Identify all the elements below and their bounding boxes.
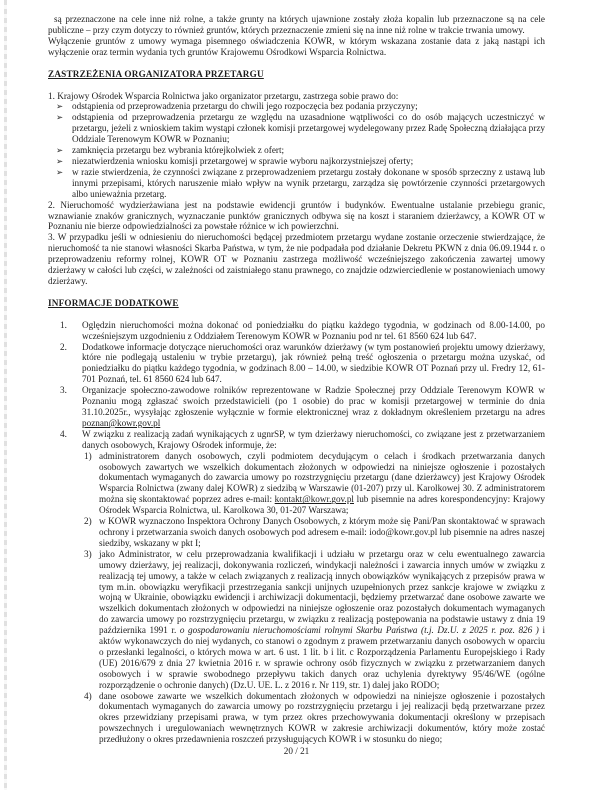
arrow-bullet-icon: ➢ (56, 167, 72, 178)
arrow-bullet-icon: ➢ (56, 101, 72, 112)
list-item: 3. Organizacje społeczno-zawodowe rolnik… (60, 385, 545, 429)
zastrzezenia-intro: 1. Krajowy Ośrodek Wsparcia Rolnictwa ja… (48, 91, 545, 102)
list-item: 1) administratorem danych osobowych, czy… (84, 451, 545, 516)
scan-artifact-strip (4, 0, 7, 790)
item-text: dane osobowe zawarte we wszelkich dokume… (99, 691, 545, 746)
continuation-paragraph-2: Wyłączenie gruntów z umowy wymaga pisemn… (48, 36, 545, 58)
zastrzezenia-item-2: 2. Nieruchomość wydzierżawiana jest na p… (48, 200, 545, 233)
section-heading-informacje: INFORMACJE DODATKOWE (48, 298, 545, 309)
item-number: 4) (84, 691, 99, 702)
list-item: 4) dane osobowe zawarte we wszelkich dok… (84, 691, 545, 746)
arrow-bullet-icon: ➢ (56, 156, 72, 167)
item-text: W związku z realizacją zadań wynikającyc… (82, 429, 545, 745)
bullet-text: odstąpienia od przeprowadzenia przetargu… (72, 101, 545, 112)
list-item: 4. W związku z realizacją zadań wynikają… (60, 429, 545, 745)
email-link-poznan[interactable]: poznan@kowr.gov.pl (82, 418, 160, 428)
item-text-segment: Organizacje społeczno-zawodowe rolników … (82, 385, 545, 417)
bullet-text: odstąpienia od przeprowadzenia przetargu… (72, 112, 545, 145)
bullet-text: niezatwierdzenia wniosku komisji przetar… (72, 156, 545, 167)
item-text-segment: W związku z realizacją zadań wynikającyc… (82, 429, 545, 450)
rodo-sublist: 1) administratorem danych osobowych, czy… (84, 451, 545, 745)
item-text-segment: jako Administrator, w celu przeprowadzan… (99, 549, 545, 635)
list-item: 3) jako Administrator, w celu przeprowad… (84, 549, 545, 691)
list-item: 1. Oględzin nieruchomości można dokonać … (60, 320, 545, 342)
list-item: 2. Dodatkowe informacje dotyczące nieruc… (60, 342, 545, 386)
zastrzezenia-bullet-list: ➢ odstąpienia od przeprowadzenia przetar… (56, 101, 545, 199)
item-number: 3. (60, 385, 82, 396)
item-text: Oględzin nieruchomości można dokonać od … (82, 320, 545, 342)
item-text: w KOWR wyznaczono Inspektora Ochrony Dan… (99, 516, 545, 549)
item-text: administratorem danych osobowych, czyli … (99, 451, 545, 516)
list-item: 2) w KOWR wyznaczono Inspektora Ochrony … (84, 516, 545, 549)
document-page: są przeznaczone na cele inne niż rolne, … (0, 0, 590, 790)
informacje-list: 1. Oględzin nieruchomości można dokonać … (60, 320, 545, 745)
list-item: ➢ w razie stwierdzenia, że czynności zwi… (56, 167, 545, 200)
list-item: ➢ zamknięcia przetargu bez wybrania któr… (56, 145, 545, 156)
bullet-text: w razie stwierdzenia, że czynności związ… (72, 167, 545, 200)
item-number: 1. (60, 320, 82, 331)
section-heading-zastrzezenia: ZASTRZEŻENIA ORGANIZATORA PRZETARGU (48, 69, 545, 80)
item-text: Organizacje społeczno-zawodowe rolników … (82, 385, 545, 429)
legal-act-title: o gospodarowaniu nieruchomościami rolnym… (180, 625, 539, 635)
page-number: 20 / 21 (48, 746, 545, 757)
list-item: ➢ niezatwierdzenia wniosku komisji przet… (56, 156, 545, 167)
bullet-text: zamknięcia przetargu bez wybrania której… (72, 145, 545, 156)
email-link-kontakt[interactable]: kontakt@kowr.gov.pl (275, 494, 354, 504)
item-number: 4. (60, 429, 82, 440)
list-item: ➢ odstąpienia od przeprowadzenia przetar… (56, 101, 545, 112)
continuation-paragraph-1: są przeznaczone na cele inne niż rolne, … (48, 14, 545, 36)
arrow-bullet-icon: ➢ (56, 112, 72, 123)
item-text: Dodatkowe informacje dotyczące nieruchom… (82, 342, 545, 386)
zastrzezenia-item-3: 3. W przypadku jeśli w odniesieniu do ni… (48, 232, 545, 287)
item-text: jako Administrator, w celu przeprowadzan… (99, 549, 545, 691)
arrow-bullet-icon: ➢ (56, 145, 72, 156)
item-number: 2. (60, 342, 82, 353)
item-number: 3) (84, 549, 99, 560)
item-number: 2) (84, 516, 99, 527)
item-number: 1) (84, 451, 99, 462)
list-item: ➢ odstąpienia od przeprowadzenia przetar… (56, 112, 545, 145)
